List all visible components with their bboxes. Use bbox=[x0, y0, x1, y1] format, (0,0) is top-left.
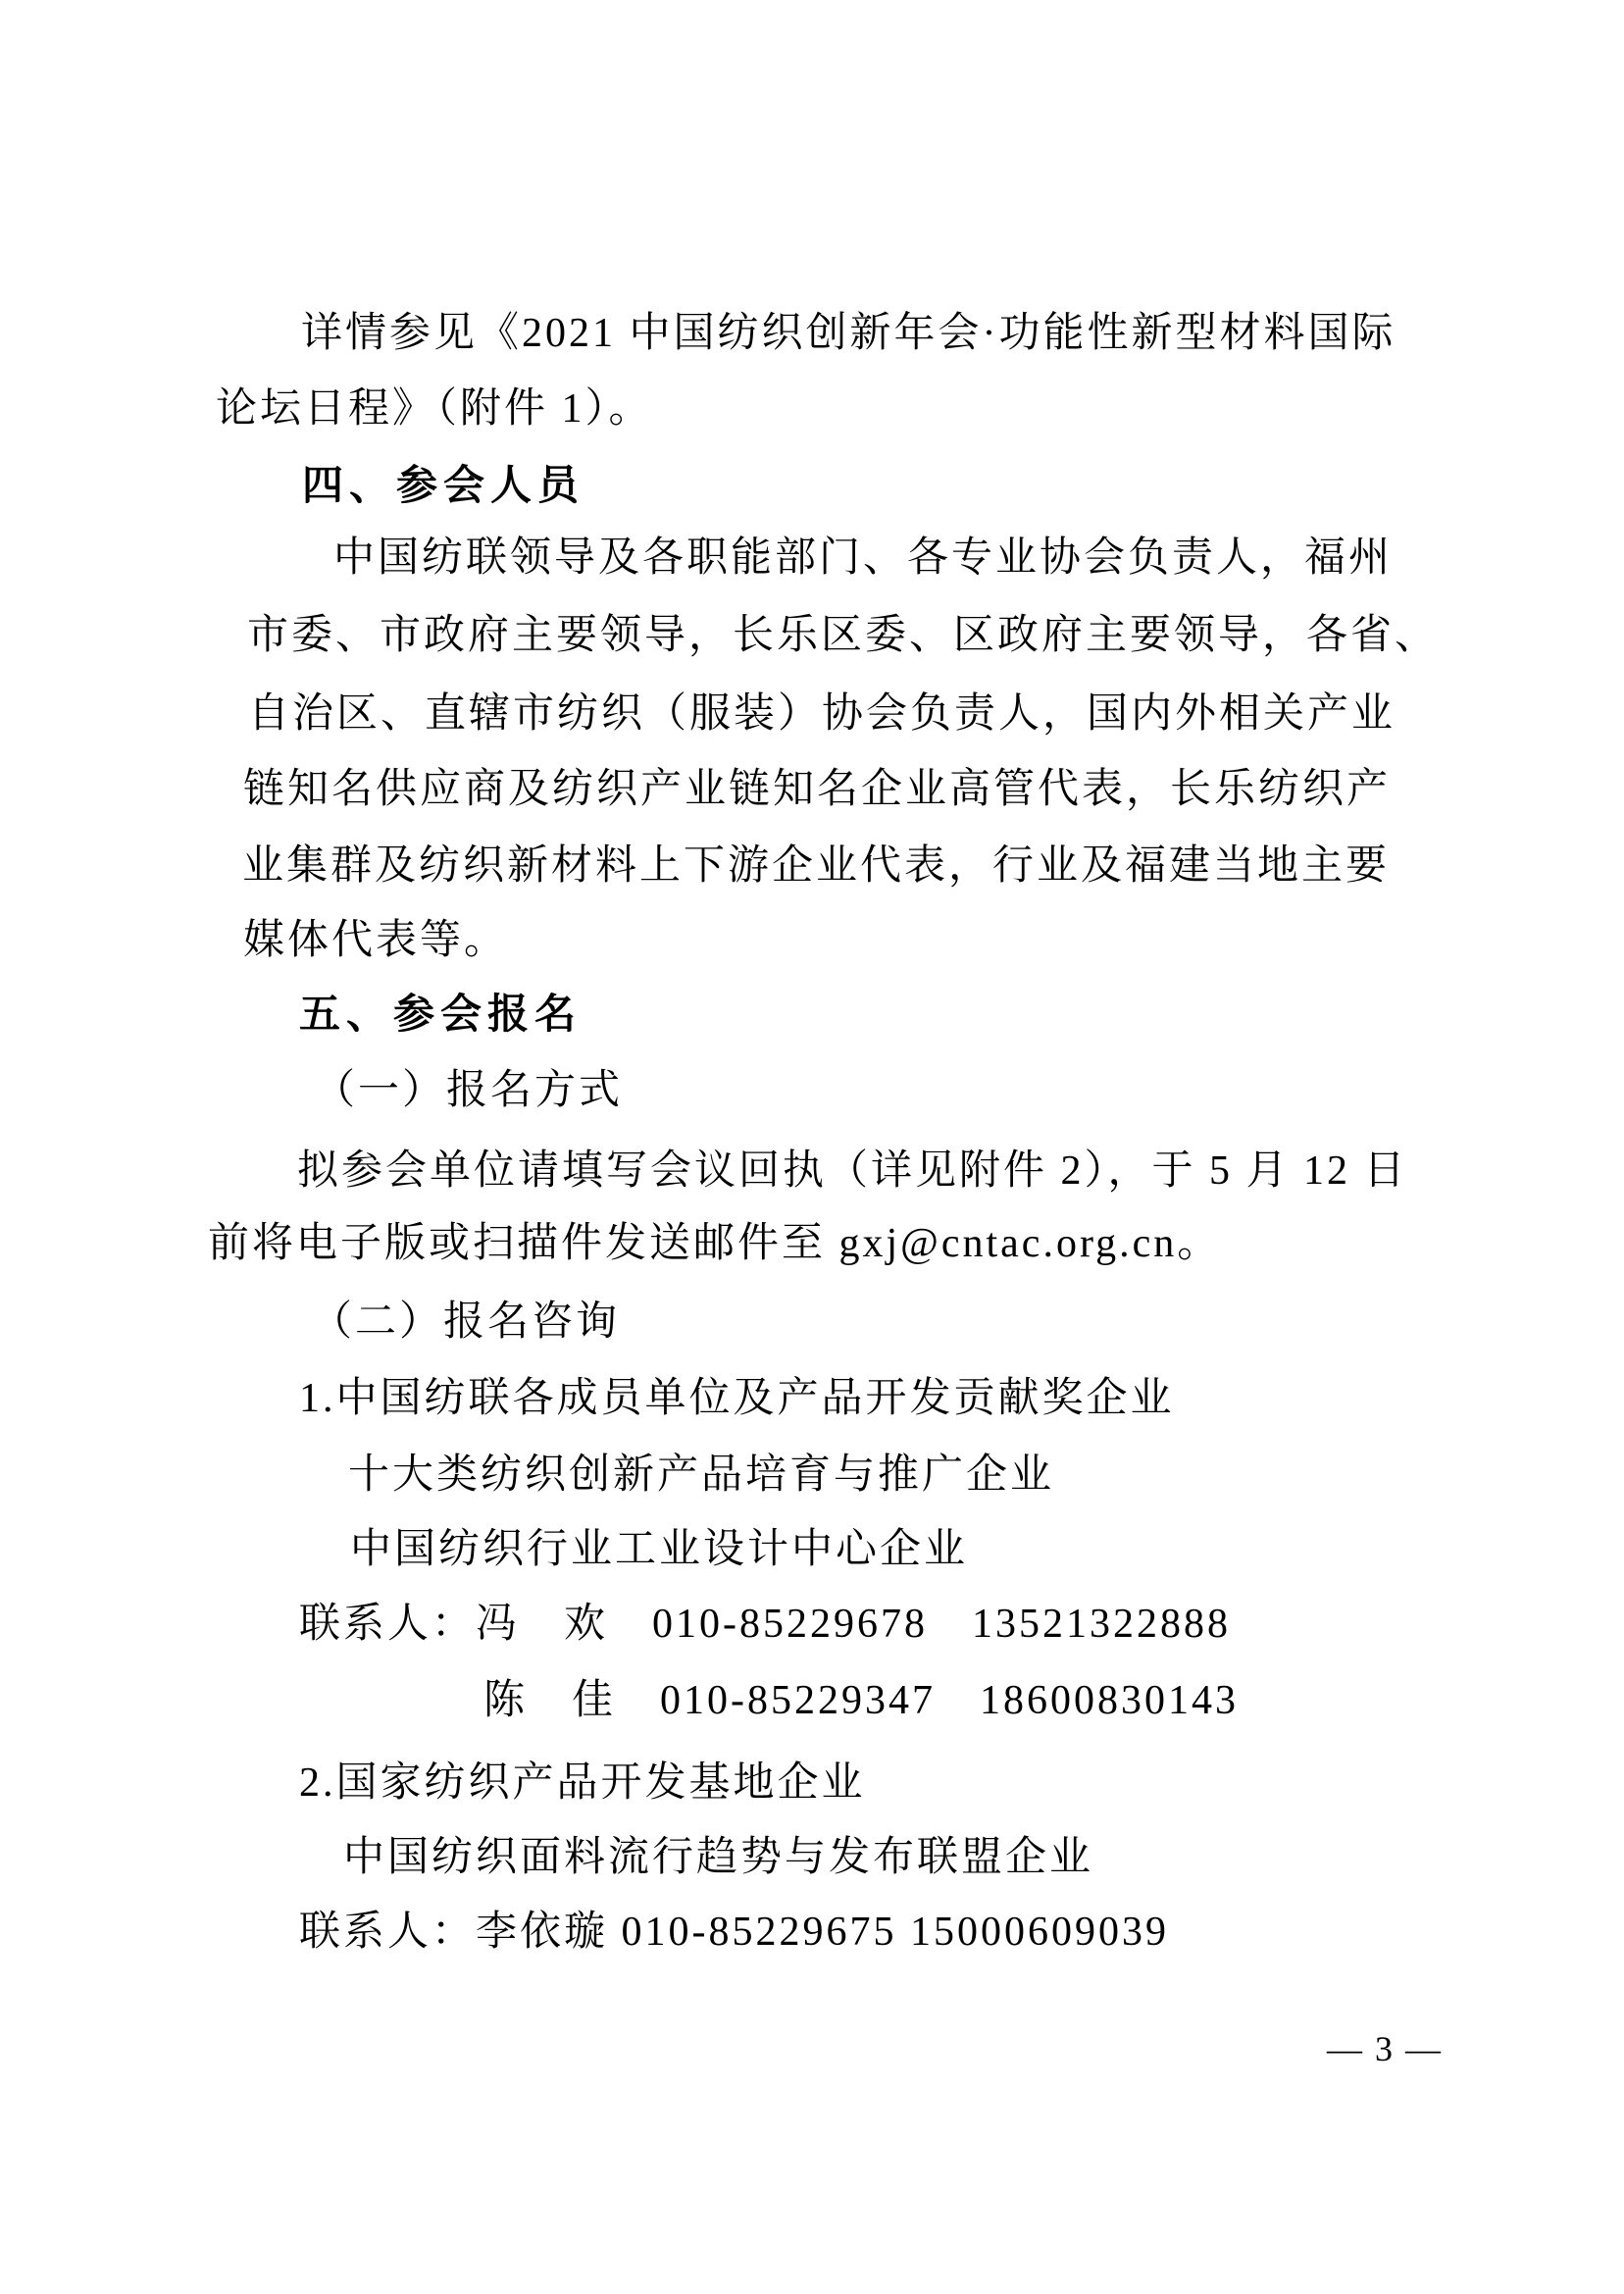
document-page: 详情参见《2021 中国纺织创新年会·功能性新型材料国际 论坛日程》（附件 1）… bbox=[0, 0, 1624, 2294]
section4-line-6: 媒体代表等。 bbox=[243, 919, 508, 962]
page-number: — 3 — bbox=[1327, 2028, 1443, 2069]
section5-sub2-heading: （二）报名咨询 bbox=[311, 1300, 620, 1344]
section5-heading: 五、参会报名 bbox=[299, 993, 582, 1036]
group1-line-2: 十大类纺织创新产品培育与推广企业 bbox=[348, 1453, 1054, 1497]
section5-sub1-line-1: 拟参会单位请填写会议回执（详见附件 2），于 5 月 12 日 bbox=[297, 1149, 1408, 1193]
intro-line-1: 详情参见《2021 中国纺织创新年会·功能性新型材料国际 bbox=[301, 312, 1396, 355]
group1-line-3: 中国纺织行业工业设计中心企业 bbox=[350, 1528, 968, 1571]
section5-sub1-heading: （一）报名方式 bbox=[314, 1069, 623, 1112]
section4-line-5: 业集群及纺织新材料上下游企业代表，行业及福建当地主要 bbox=[242, 844, 1390, 888]
section4-heading: 四、参会人员 bbox=[302, 464, 584, 507]
group2-line-1: 2.国家纺织产品开发基地企业 bbox=[299, 1761, 866, 1805]
group2-contact-1: 联系人：李依璇 010-85229675 15000609039 bbox=[299, 1911, 1169, 1954]
section4-line-1: 中国纺联领导及各职能部门、各专业协会负责人，福州 bbox=[333, 536, 1393, 580]
group1-line-1: 1.中国纺联各成员单位及产品开发贡献奖企业 bbox=[299, 1377, 1175, 1420]
section4-line-4: 链知名供应商及纺织产业链知名企业高管代表，长乐纺织产 bbox=[243, 768, 1391, 811]
group1-contact-2: 陈 佳 010-85229347 18600830143 bbox=[483, 1679, 1239, 1722]
group2-line-2: 中国纺织面料流行趋势与发布联盟企业 bbox=[343, 1836, 1093, 1879]
group1-contact-1: 联系人：冯 欢 010-85229678 13521322888 bbox=[299, 1603, 1231, 1646]
intro-line-2: 论坛日程》（附件 1）。 bbox=[216, 387, 653, 431]
section5-sub1-line-2: 前将电子版或扫描件发送邮件至 gxj@cntac.org.cn。 bbox=[208, 1222, 1221, 1265]
section4-line-3: 自治区、直辖市纺织（服装）协会负责人，国内外相关产业 bbox=[248, 692, 1396, 736]
section4-line-2: 市委、市政府主要领导，长乐区委、区政府主要领导，各省、 bbox=[247, 614, 1439, 657]
